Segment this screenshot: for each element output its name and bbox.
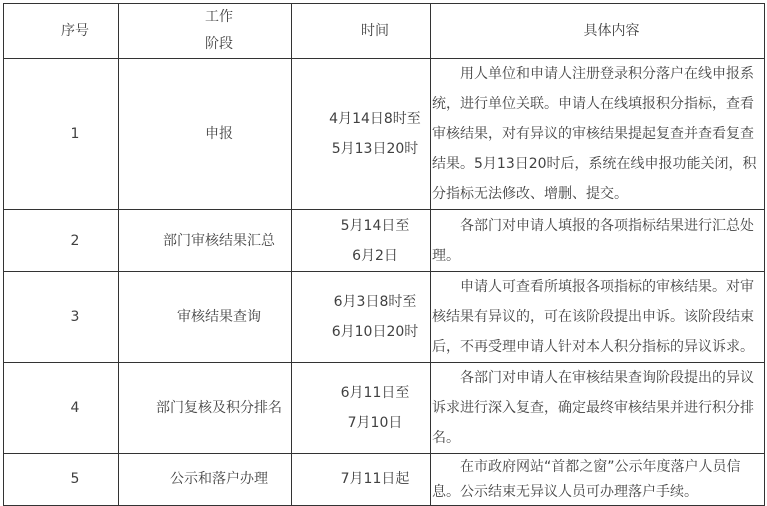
header-label-stage-line1: 工作 bbox=[119, 4, 291, 31]
row-number: 5 bbox=[4, 467, 118, 492]
cell-content: 在市政府网站“首都之窗”公示年度落户人员信息。公示结束无异议人员可办理落户手续。 bbox=[431, 454, 765, 506]
cell-content: 用人单位和申请人注册登录积分落户在线申报系统，进行单位关联。申请人在线填报积分指… bbox=[431, 59, 765, 210]
cell-no: 4 bbox=[4, 363, 119, 454]
stage-label: 部门复核及积分排名 bbox=[119, 393, 291, 423]
cell-time: 4月14日8时至 5月13日20时 bbox=[292, 59, 431, 210]
row-number: 4 bbox=[4, 393, 118, 423]
table-row: 1 申报 4月14日8时至 5月13日20时 用人单位和申请人注册登录积分落户在… bbox=[4, 59, 765, 210]
stage-label: 公示和落户办理 bbox=[119, 467, 291, 492]
cell-stage: 公示和落户办理 bbox=[119, 454, 292, 506]
table-row: 3 审核结果查询 6月3日8时至 6月10日20时 申请人可查看所填报各项指标的… bbox=[4, 272, 765, 363]
content-text: 用人单位和申请人注册登录积分落户在线申报系统，进行单位关联。申请人在线填报积分指… bbox=[431, 59, 764, 209]
time-line: 7月10日 bbox=[292, 408, 430, 438]
cell-no: 2 bbox=[4, 210, 119, 272]
header-label-stage-line2: 阶段 bbox=[119, 31, 291, 58]
content-text: 各部门对申请人在审核结果查询阶段提出的异议诉求进行深入复查，确定最终审核结果并进… bbox=[431, 363, 764, 453]
header-cell-time: 时间 bbox=[292, 4, 431, 59]
stage-label: 部门审核结果汇总 bbox=[119, 226, 291, 256]
cell-stage: 部门复核及积分排名 bbox=[119, 363, 292, 454]
header-label-time: 时间 bbox=[292, 18, 430, 45]
content-text: 各部门对申请人填报的各项指标结果进行汇总处理。 bbox=[431, 211, 764, 271]
row-number: 1 bbox=[4, 119, 118, 149]
header-cell-stage: 工作 阶段 bbox=[119, 4, 292, 59]
cell-content: 各部门对申请人在审核结果查询阶段提出的异议诉求进行深入复查，确定最终审核结果并进… bbox=[431, 363, 765, 454]
cell-stage: 申报 bbox=[119, 59, 292, 210]
content-text: 申请人可查看所填报各项指标的审核结果。对审核结果有异议的，可在该阶段提出申诉。该… bbox=[431, 272, 764, 362]
time-line: 6月11日至 bbox=[292, 378, 430, 408]
time-line: 6月2日 bbox=[292, 241, 430, 271]
stage-label: 审核结果查询 bbox=[119, 302, 291, 332]
cell-no: 1 bbox=[4, 59, 119, 210]
header-cell-no: 序号 bbox=[4, 4, 119, 59]
cell-time: 7月11日起 bbox=[292, 454, 431, 506]
row-number: 2 bbox=[4, 226, 118, 256]
cell-content: 申请人可查看所填报各项指标的审核结果。对审核结果有异议的，可在该阶段提出申诉。该… bbox=[431, 272, 765, 363]
cell-time: 6月11日至 7月10日 bbox=[292, 363, 431, 454]
cell-stage: 审核结果查询 bbox=[119, 272, 292, 363]
time-line: 6月10日20时 bbox=[292, 317, 430, 347]
time-line: 5月14日至 bbox=[292, 211, 430, 241]
header-label-content: 具体内容 bbox=[431, 18, 764, 45]
time-line: 4月14日8时至 bbox=[292, 104, 430, 134]
cell-no: 3 bbox=[4, 272, 119, 363]
cell-content: 各部门对申请人填报的各项指标结果进行汇总处理。 bbox=[431, 210, 765, 272]
work-schedule-table: 序号 工作 阶段 时间 具体内容 1 申报 4月14日8时至 5月13日20时 bbox=[3, 3, 765, 506]
cell-time: 6月3日8时至 6月10日20时 bbox=[292, 272, 431, 363]
header-cell-content: 具体内容 bbox=[431, 4, 765, 59]
time-line: 6月3日8时至 bbox=[292, 287, 430, 317]
header-label-no: 序号 bbox=[4, 18, 118, 45]
row-number: 3 bbox=[4, 302, 118, 332]
table-row: 2 部门审核结果汇总 5月14日至 6月2日 各部门对申请人填报的各项指标结果进… bbox=[4, 210, 765, 272]
table-row: 5 公示和落户办理 7月11日起 在市政府网站“首都之窗”公示年度落户人员信息。… bbox=[4, 454, 765, 506]
cell-no: 5 bbox=[4, 454, 119, 506]
time-line: 7月11日起 bbox=[292, 467, 430, 492]
cell-time: 5月14日至 6月2日 bbox=[292, 210, 431, 272]
header-row: 序号 工作 阶段 时间 具体内容 bbox=[4, 4, 765, 59]
time-line: 5月13日20时 bbox=[292, 134, 430, 164]
stage-label: 申报 bbox=[119, 119, 291, 149]
cell-stage: 部门审核结果汇总 bbox=[119, 210, 292, 272]
content-text: 在市政府网站“首都之窗”公示年度落户人员信息。公示结束无异议人员可办理落户手续。 bbox=[431, 455, 764, 505]
table-row: 4 部门复核及积分排名 6月11日至 7月10日 各部门对申请人在审核结果查询阶… bbox=[4, 363, 765, 454]
